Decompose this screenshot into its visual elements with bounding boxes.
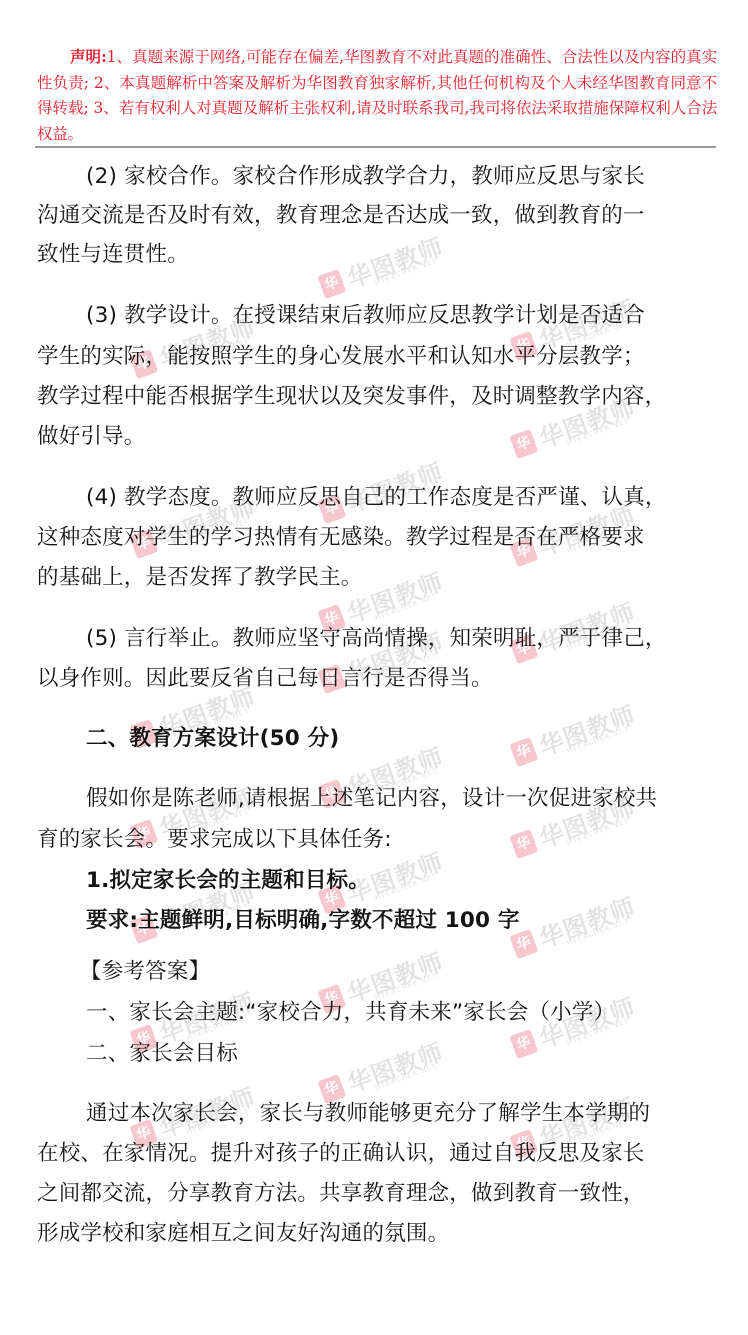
body-line: (3) 教学设计。在授课结束后教师应反思教学计划是否适合 xyxy=(86,298,645,329)
body-line: 之间都交流，分享教育方法。共享教育理念，做到教育一致性， xyxy=(37,1176,645,1207)
answer-goal-heading: 二、家长会目标 xyxy=(86,1036,238,1067)
body-line: 学生的实际，能按照学生的身心发展水平和认知水平分层教学； xyxy=(37,339,645,370)
document-page: 声明:1、真题来源于网络,可能存在偏差,华图教育不对此真题的准确性、合法性以及内… xyxy=(0,0,748,1335)
body-line: 致性与连贯性。 xyxy=(37,237,189,268)
watermark-logo-icon: 华 xyxy=(509,737,538,767)
task-requirement: 要求:主题鲜明,目标明确,字数不超过 100 字 xyxy=(86,903,520,934)
answer-theme: 一、家长会主题:“家校合力，共育未来”家长会（小学） xyxy=(86,995,615,1026)
body-line: 做好引导。 xyxy=(37,419,146,450)
disclaimer-lead: 声明: xyxy=(70,47,107,66)
watermark: 华华图教师HTEACHER.NET xyxy=(506,876,664,974)
body-line: 以身作则。因此要反省自己每日言行是否得当。 xyxy=(37,661,493,692)
task-heading: 1.拟定家长会的主题和目标。 xyxy=(86,863,370,894)
body-line: 育的家长会。要求完成以下具体任务: xyxy=(37,822,392,853)
body-line: 通过本次家长会，家长与教师能够更充分了解学生本学期的 xyxy=(86,1096,650,1127)
disclaimer-block: 声明:1、真题来源于网络,可能存在偏差,华图教育不对此真题的准确性、合法性以及内… xyxy=(37,44,717,147)
disclaimer-text: 1、真题来源于网络,可能存在偏差,华图教育不对此真题的准确性、合法性以及内容的真… xyxy=(37,48,717,143)
watermark-logo-icon: 华 xyxy=(509,429,538,459)
watermark-logo-icon: 华 xyxy=(317,269,346,299)
body-line: 教学过程中能否根据学生现状以及突发事件，及时调整教学内容， xyxy=(37,379,666,410)
body-line: 形成学校和家庭相互之间友好沟通的氛围。 xyxy=(37,1216,449,1247)
watermark: 华华图教师HTEACHER.NET xyxy=(506,684,664,782)
answer-label: 【参考答案】 xyxy=(80,954,210,985)
watermark-logo-icon: 华 xyxy=(509,1029,538,1059)
body-line: 假如你是陈老师,请根据上述笔记内容，设计一次促进家校共 xyxy=(86,781,657,812)
body-line: 这种态度对学生的学习热情有无感染。教学过程是否在严格要求 xyxy=(37,520,645,551)
body-line: 沟通交流是否及时有效，教育理念是否达成一致，做到教育的一 xyxy=(37,198,645,229)
body-line: 的基础上，是否发挥了教学民主。 xyxy=(37,560,363,591)
watermark-logo-icon: 华 xyxy=(509,829,538,859)
section-heading: 二、教育方案设计(50 分) xyxy=(86,721,339,752)
body-line: (4) 教学态度。教师应反思自己的工作态度是否严谨、认真， xyxy=(86,480,667,511)
body-line: (2) 家校合作。家校合作形成教学合力，教师应反思与家长 xyxy=(86,159,645,190)
body-line: 在校、在家情况。提升对孩子的正确认识，通过自我反思及家长 xyxy=(37,1136,645,1167)
body-line: (5) 言行举止。教师应坚守高尚情操，知荣明耻，严于律己， xyxy=(86,621,667,652)
header-separator xyxy=(35,146,716,148)
